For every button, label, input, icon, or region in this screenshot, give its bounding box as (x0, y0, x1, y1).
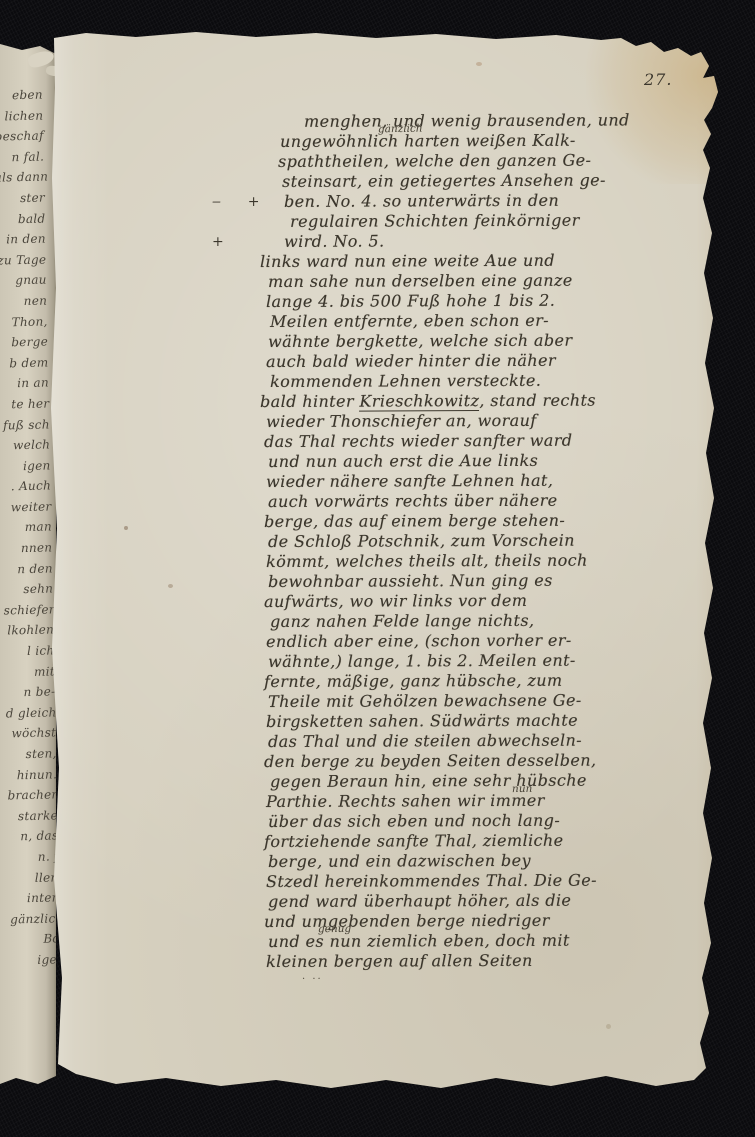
manuscript-line: wähnte bergkette, welche sich aber (260, 330, 706, 352)
facing-page-fragment: schiefer (4, 602, 54, 624)
facing-page-fragment: hinun. (7, 767, 57, 789)
interlinear-insertion: genug (318, 923, 351, 936)
manuscript-line: endlich aber eine, (schon vorher er- (260, 630, 706, 652)
margin-mark: + (212, 234, 230, 250)
facing-page-fragment: ller, (9, 870, 59, 892)
stain (476, 62, 482, 66)
manuscript-line: links ward nun eine weite Aue und (260, 250, 706, 272)
facing-page-fragment: ige. (11, 952, 61, 974)
manuscript-line: aufwärts, wo wir links vor dem (260, 590, 706, 612)
facing-page-fragment: brachen (7, 788, 57, 810)
facing-page-fragment: n, das (8, 829, 58, 851)
manuscript-line: lange 4. bis 500 Fuß hohe 1 bis 2. (260, 290, 706, 312)
manuscript-line: wähnte,) lange, 1. bis 2. Meilen ent- (260, 650, 706, 672)
facing-page-fragment: ster (0, 191, 45, 213)
facing-page-fragment: n be- (5, 685, 55, 707)
facing-page-fragment: berge (0, 335, 48, 357)
manuscript-line: wieder nähere sanfte Lehnen hat, (260, 470, 706, 492)
facing-page-fragment: bald (0, 211, 46, 233)
facing-page-fragment: sehn (3, 582, 53, 604)
manuscript-line: berge, das auf einem berge stehen- (260, 510, 706, 532)
manuscript-line: gend ward überhaupt höher, als die (260, 890, 706, 912)
manuscript-line: Theile mit Gehölzen bewachsene Ge- (260, 690, 706, 712)
manuscript-line: berge, und ein dazwischen bey (260, 850, 706, 872)
manuscript-line: wird. No. 5. (260, 230, 706, 252)
facing-page-fragment: inten (10, 891, 60, 913)
facing-page-fragment: Bd (10, 932, 60, 954)
manuscript-line: regulairen Schichten feinkörniger (260, 210, 706, 232)
manuscript-line: und nun auch erst die Aue links (260, 450, 706, 472)
facing-page-fragment: n den (3, 561, 53, 583)
facing-page-fragment: n. f (9, 849, 59, 871)
facing-page-fragment: . Auch (1, 479, 51, 501)
facing-page-fragment: b dem (0, 355, 49, 377)
facing-page-fragment: man (2, 520, 52, 542)
facing-page-fragment: fuß sch (0, 417, 50, 439)
facing-page-fragment: igen (0, 458, 50, 480)
manuscript-line: birgsketten sahen. Südwärts machte (260, 710, 706, 732)
manuscript-line: über das sich eben und noch lang- (260, 810, 706, 832)
manuscript-line: kömmt, welches theils alt, theils noch (260, 550, 706, 572)
facing-page-fragment: in den (0, 232, 46, 254)
stain (168, 584, 173, 588)
manuscript-line: auch vorwärts rechts über nähere (260, 490, 706, 512)
facing-page-fragment: lichen (0, 108, 44, 130)
facing-page-fragment: sten, (7, 746, 57, 768)
manuscript-line: fortziehende sanfte Thal, ziemliche (260, 830, 706, 852)
facing-page-fragment: gnau (0, 273, 47, 295)
facing-page-fragment: nnen (2, 541, 52, 563)
facing-page-fragments: ebenlichenbeschafn fal.als dannsterbaldi… (0, 88, 61, 974)
manuscript-line: ben. No. 4. so unterwärts in den (260, 190, 706, 212)
margin-mark: ‒ + (212, 194, 266, 210)
facing-page-fragment: zu Tage (0, 252, 47, 274)
facing-page-fragment: n fal. (0, 149, 44, 171)
manuscript-line: ungewöhnlich harten weißen Kalk- (260, 130, 706, 152)
manuscript-line: das Thal und die steilen abwechseln- (260, 730, 706, 752)
manuscript-line: spaththeilen, welche den ganzen Ge- (260, 150, 706, 172)
stain (606, 1024, 611, 1029)
manuscript-line: auch bald wieder hinter die näher (260, 350, 706, 372)
interlinear-insertion: gänzlich (378, 123, 423, 136)
manuscript-line: man sahe nun derselben eine ganze (260, 270, 706, 292)
facing-page-fragment: starke (8, 808, 58, 830)
manuscript-line: fernte, mäßige, ganz hübsche, zum (260, 670, 706, 692)
facing-page-fragment: mit (5, 664, 55, 686)
facing-page-fragment: wöchst (6, 726, 56, 748)
facing-page-fragment: welch (0, 438, 50, 460)
facing-page-fragment: lkohlen (4, 623, 54, 645)
manuscript-line: gegen Beraun hin, eine sehr hübsche (260, 770, 706, 792)
manuscript-line: kleinen bergen auf allen Seiten (260, 950, 706, 972)
manuscript-text-block: menghen, und wenig brausenden, undungewö… (260, 112, 706, 972)
manuscript-line: den berge zu beyden Seiten desselben, (260, 750, 706, 772)
facing-page-fragment: weiter (1, 499, 51, 521)
manuscript-line: Stzedl hereinkommendes Thal. Die Ge- (260, 870, 706, 892)
facing-page-fragment: d gleich (6, 705, 56, 727)
manuscript-line: bald hinter Krieschkowitz, stand rechts (260, 390, 706, 412)
manuscript-line: Meilen entfernte, eben schon er- (260, 310, 706, 332)
facing-page-fragment: Thon, (0, 314, 48, 336)
facing-page-fragment: gänzlich (10, 911, 60, 933)
facing-page-fragment: eben (0, 88, 43, 110)
manuscript-line: de Schloß Potschnik, zum Vorschein (260, 530, 706, 552)
facing-page-fragment: nen (0, 293, 47, 315)
facing-page-fragment: beschaf (0, 129, 44, 151)
facing-page-fragment: l ich (4, 643, 54, 665)
manuscript-line: wieder Thonschiefer an, worauf (260, 410, 706, 432)
facing-page-edge: ebenlichenbeschafn fal.als dannsterbaldi… (0, 44, 56, 1086)
interlinear-insertion: nun (512, 783, 533, 795)
manuscript-line: bewohnbar aussieht. Nun ging es (260, 570, 706, 592)
trailing-dots-mark: · ·· (302, 974, 323, 985)
manuscript-line: menghen, und wenig brausenden, und (260, 110, 706, 132)
main-page: 27. menghen, und wenig brausenden, undun… (46, 28, 722, 1096)
facing-page-fragment: als dann (0, 170, 45, 192)
manuscript-line: das Thal rechts wieder sanfter ward (260, 430, 706, 452)
manuscript-line: Parthie. Rechts sahen wir immer (260, 790, 706, 812)
manuscript-line: steinsart, ein getiegertes Ansehen ge- (260, 170, 706, 192)
facing-page-fragment: te her (0, 396, 50, 418)
stain (124, 526, 128, 530)
page-number: 27. (644, 70, 672, 89)
manuscript-line: kommenden Lehnen versteckte. (260, 370, 706, 392)
manuscript-line: ganz nahen Felde lange nichts, (260, 610, 706, 632)
book-cover-background: ebenlichenbeschafn fal.als dannsterbaldi… (0, 0, 755, 1137)
facing-page-fragment: in an (0, 376, 49, 398)
